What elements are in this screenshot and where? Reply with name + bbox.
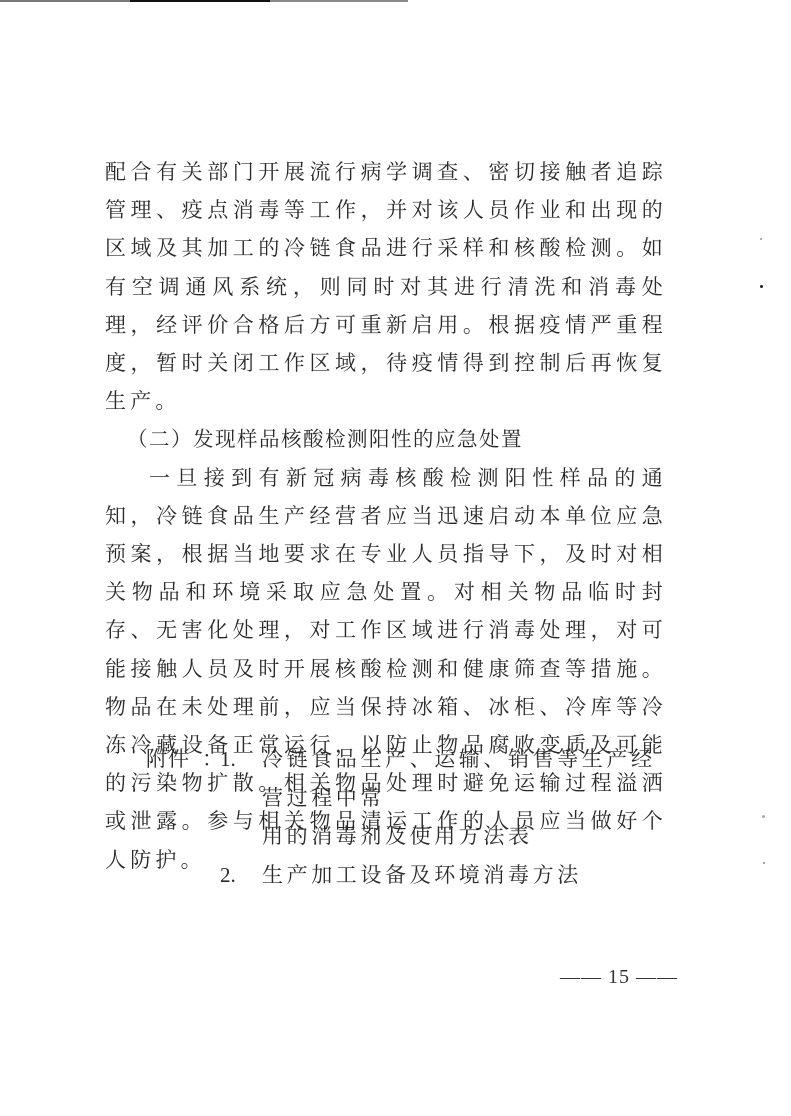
scan-speck (763, 862, 765, 864)
scan-speck (762, 815, 765, 818)
attachment-number: 1. (220, 740, 262, 817)
continued-paragraph: 配合有关部门开展流行病学调查、密切接触者追踪管理、疫点消毒等工作，并对该人员作业… (105, 153, 667, 420)
scan-speck (760, 285, 763, 288)
attachments-label: 附件 (146, 740, 202, 817)
scan-edge (0, 0, 130, 2)
attachment-title: 冷链食品生产、运输、销售等生产经营过程中常 (262, 740, 676, 817)
attachments-colon: ： (202, 740, 220, 817)
scan-edge (130, 0, 270, 2)
attachment-title: 生产加工设备及环境消毒方法 (262, 856, 676, 895)
attachments-list: 附件 ： 1. 冷链食品生产、运输、销售等生产经营过程中常 用的消毒剂及使用方法… (146, 740, 676, 894)
page-number: —— 15 —— (560, 966, 678, 989)
attachment-item-2: 2. 生产加工设备及环境消毒方法 (146, 856, 676, 895)
attachment-title-continued: 用的消毒剂及使用方法表 (262, 817, 676, 856)
attachment-item-1: 附件 ： 1. 冷链食品生产、运输、销售等生产经营过程中常 (146, 740, 676, 817)
attachment-number-spacer (220, 817, 262, 856)
scan-edge (270, 0, 408, 2)
attachment-number: 2. (220, 856, 262, 895)
section-heading: （二）发现样品核酸检测阳性的应急处置 (105, 420, 667, 458)
scan-speck (760, 238, 762, 240)
attachment-item-1-continued: 用的消毒剂及使用方法表 (146, 817, 676, 856)
